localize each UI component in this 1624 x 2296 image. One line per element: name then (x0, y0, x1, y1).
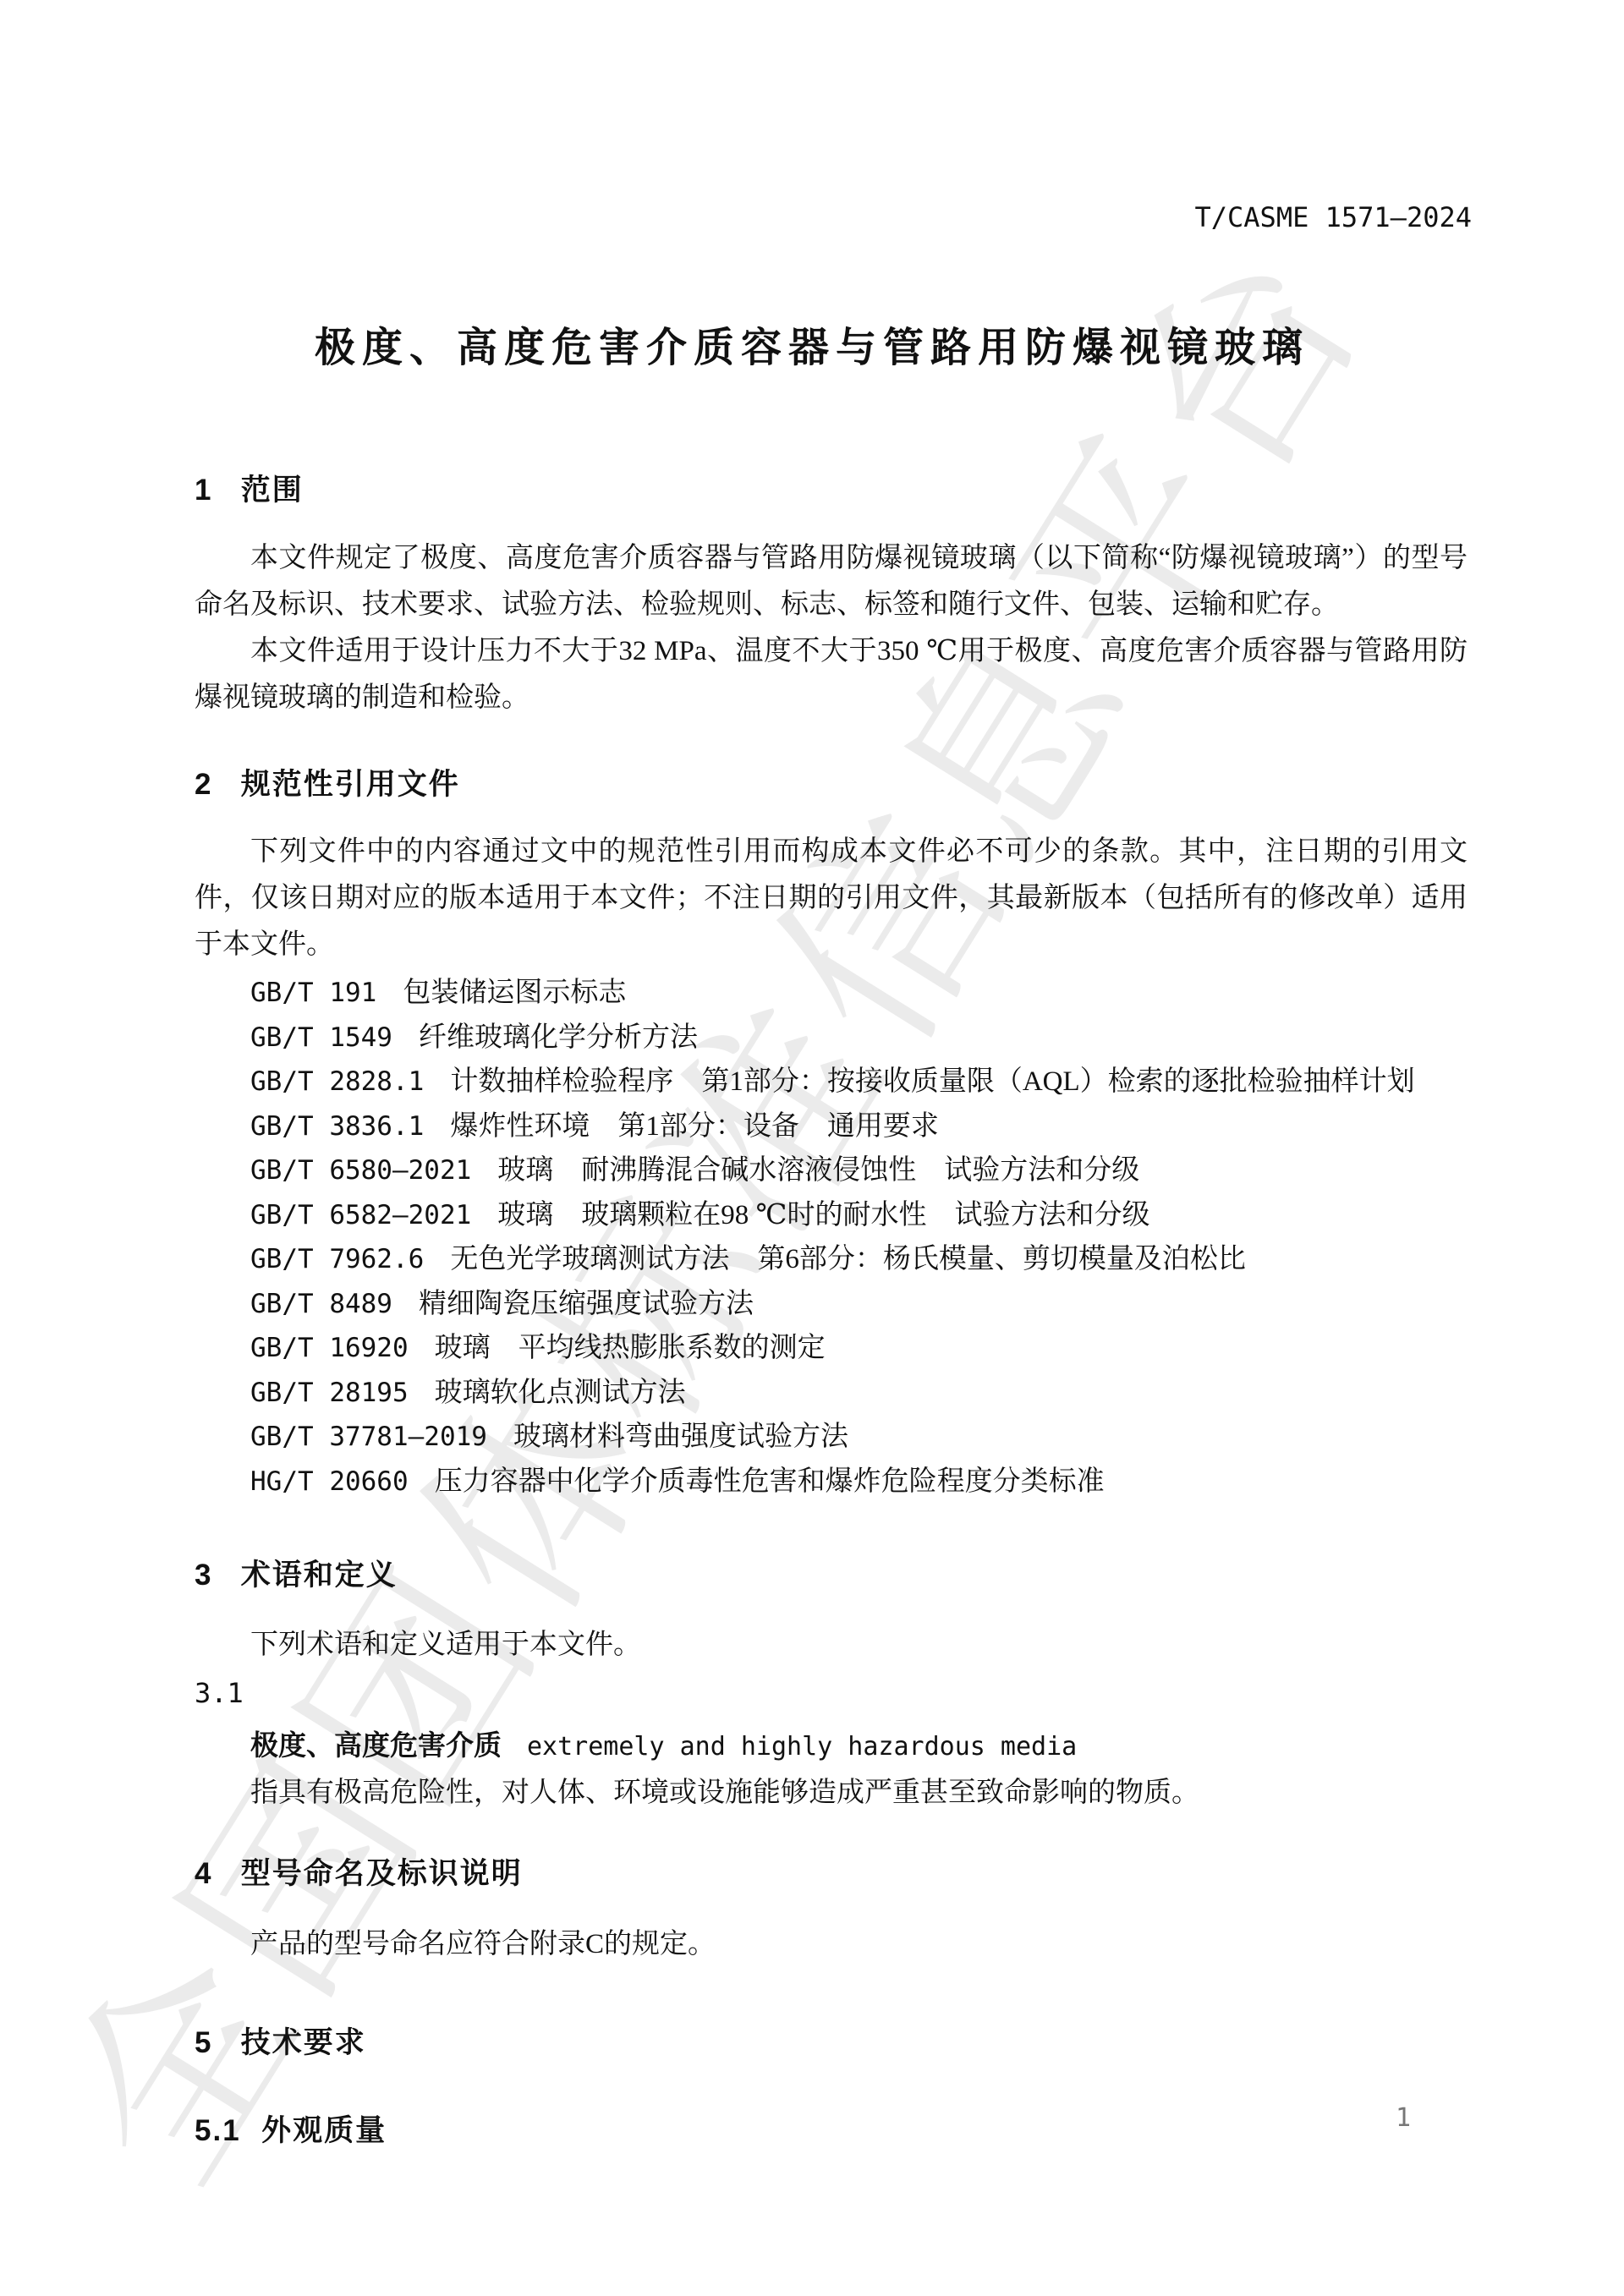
ref-code: GB/T 2828.1 (250, 1066, 424, 1097)
section-5-1-heading: 5.1外观质量 (195, 2107, 387, 2150)
reference-item: HG/T 20660压力容器中化学介质毒性危害和爆炸危险程度分类标准 (195, 1460, 1468, 1504)
normative-refs-intro: 下列文件中的内容通过文中的规范性引用而构成本文件必不可少的条款。其中，注日期的引… (195, 829, 1468, 968)
ref-title: 计数抽样检验程序 第1部分：按接收质量限（AQL）检索的逐批检验抽样计划 (450, 1066, 1414, 1097)
section-5-title: 技术要求 (241, 2026, 366, 2059)
model-naming-paragraph: 产品的型号命名应符合附录C的规定。 (195, 1921, 1468, 1968)
doc-code: T/CASME 1571—2024 (1194, 201, 1472, 233)
ref-code: GB/T 16920 (250, 1333, 409, 1363)
ref-code: GB/T 3836.1 (250, 1111, 424, 1142)
scope-paragraph-2: 本文件适用于设计压力不大于32 MPa、温度不大于350 ℃用于极度、高度危害介… (195, 628, 1468, 721)
ref-title: 精细陶瓷压缩强度试验方法 (419, 1289, 754, 1319)
reference-list: GB/T 191包装储运图示标志 GB/T 1549纤维玻璃化学分析方法 GB/… (195, 971, 1468, 1504)
reference-item: GB/T 2828.1计数抽样检验程序 第1部分：按接收质量限（AQL）检索的逐… (195, 1060, 1468, 1104)
reference-item: GB/T 8489精细陶瓷压缩强度试验方法 (195, 1282, 1468, 1327)
section-5-heading: 5技术要求 (195, 2019, 366, 2062)
ref-code: GB/T 7962.6 (250, 1244, 424, 1274)
term-english: extremely and highly hazardous media (527, 1732, 1077, 1762)
section-5-number: 5 (195, 2026, 212, 2059)
term-definition: 指具有极高危险性，对人体、环境或设施能够造成严重甚至致命影响的物质。 (195, 1770, 1468, 1817)
reference-item: GB/T 191包装储运图示标志 (195, 971, 1468, 1016)
model-naming-block: 产品的型号命名应符合附录C的规定。 (195, 1921, 1468, 1968)
ref-code: GB/T 37781—2019 (250, 1422, 487, 1452)
ref-title: 玻璃 耐沸腾混合碱水溶液侵蚀性 试验方法和分级 (497, 1155, 1139, 1186)
section-4-title: 型号命名及标识说明 (241, 1857, 523, 1890)
reference-item: GB/T 6582—2021玻璃 玻璃颗粒在98 ℃时的耐水性 试验方法和分级 (195, 1193, 1468, 1238)
ref-code: GB/T 28195 (250, 1378, 409, 1408)
ref-code: GB/T 6580—2021 (250, 1155, 471, 1186)
terms-intro-block: 下列术语和定义适用于本文件。 (195, 1622, 1468, 1669)
reference-item: GB/T 16920玻璃 平均线热膨胀系数的测定 (195, 1326, 1468, 1371)
ref-title: 纤维玻璃化学分析方法 (419, 1022, 698, 1053)
ref-title: 玻璃 平均线热膨胀系数的测定 (435, 1333, 826, 1363)
ref-title: 玻璃 玻璃颗粒在98 ℃时的耐水性 试验方法和分级 (497, 1200, 1149, 1230)
section-3-heading: 3术语和定义 (195, 1552, 398, 1594)
reference-item: GB/T 7962.6无色光学玻璃测试方法 第6部分：杨氏模量、剪切模量及泊松比 (195, 1237, 1468, 1282)
ref-code: GB/T 1549 (250, 1022, 392, 1053)
section-5-1-title: 外观质量 (261, 2114, 387, 2147)
ref-title: 包装储运图示标志 (403, 978, 626, 1008)
section-2-title: 规范性引用文件 (241, 768, 460, 801)
document-page: 全国团体标准信息平台 T/CASME 1571—2024 极度、高度危害介质容器… (0, 0, 1624, 2296)
page-title: 极度、高度危害介质容器与管路用防爆视镜玻璃 (0, 315, 1624, 373)
ref-code: GB/T 191 (250, 978, 376, 1008)
section-2-heading: 2规范性引用文件 (195, 761, 460, 803)
term-line: 极度、高度危害介质extremely and highly hazardous … (195, 1723, 1468, 1763)
terms-intro: 下列术语和定义适用于本文件。 (195, 1622, 1468, 1669)
section-4-heading: 4型号命名及标识说明 (195, 1850, 523, 1893)
section-2-number: 2 (195, 768, 212, 801)
reference-item: GB/T 1549纤维玻璃化学分析方法 (195, 1016, 1468, 1060)
scope-body: 本文件规定了极度、高度危害介质容器与管路用防爆视镜玻璃（以下简称“防爆视镜玻璃”… (195, 535, 1468, 721)
section-3-title: 术语和定义 (241, 1559, 398, 1592)
ref-title: 玻璃软化点测试方法 (435, 1378, 686, 1408)
normative-refs-intro-block: 下列文件中的内容通过文中的规范性引用而构成本文件必不可少的条款。其中，注日期的引… (195, 829, 1468, 968)
ref-title: 玻璃材料弯曲强度试验方法 (513, 1422, 848, 1452)
ref-code: HG/T 20660 (250, 1466, 409, 1497)
scope-paragraph-1: 本文件规定了极度、高度危害介质容器与管路用防爆视镜玻璃（以下简称“防爆视镜玻璃”… (195, 535, 1468, 628)
section-1-heading: 1范围 (195, 467, 304, 509)
reference-item: GB/T 37781—2019玻璃材料弯曲强度试验方法 (195, 1415, 1468, 1460)
ref-title: 压力容器中化学介质毒性危害和爆炸危险程度分类标准 (435, 1466, 1105, 1497)
section-3-number: 3 (195, 1559, 212, 1592)
ref-title: 无色光学玻璃测试方法 第6部分：杨氏模量、剪切模量及泊松比 (450, 1244, 1246, 1274)
ref-code: GB/T 6582—2021 (250, 1200, 471, 1230)
section-1-title: 范围 (241, 474, 304, 507)
ref-title: 爆炸性环境 第1部分：设备 通用要求 (450, 1111, 939, 1142)
section-5-1-number: 5.1 (195, 2114, 241, 2147)
page-number: 1 (1396, 2103, 1411, 2133)
reference-item: GB/T 28195玻璃软化点测试方法 (195, 1371, 1468, 1416)
section-4-number: 4 (195, 1857, 212, 1890)
ref-code: GB/T 8489 (250, 1289, 392, 1319)
term-chinese: 极度、高度危害介质 (195, 1729, 502, 1761)
term-definition-block: 指具有极高危险性，对人体、环境或设施能够造成严重甚至致命影响的物质。 (195, 1770, 1468, 1817)
reference-item: GB/T 6580—2021玻璃 耐沸腾混合碱水溶液侵蚀性 试验方法和分级 (195, 1148, 1468, 1193)
reference-item: GB/T 3836.1爆炸性环境 第1部分：设备 通用要求 (195, 1104, 1468, 1149)
term-number: 3.1 (195, 1677, 244, 1709)
section-1-number: 1 (195, 474, 212, 507)
